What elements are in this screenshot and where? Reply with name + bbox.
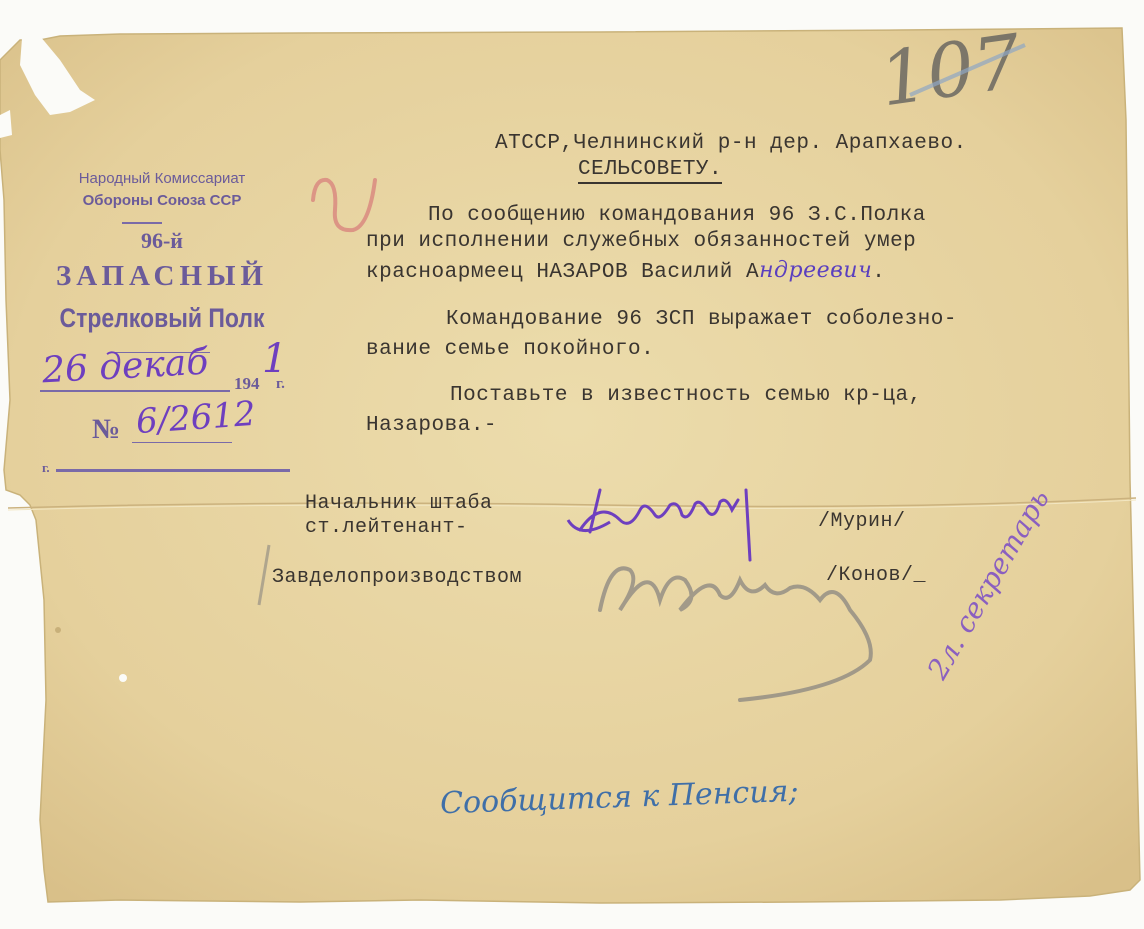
chief-title-line-1: Начальник штаба	[305, 492, 493, 515]
paragraph-3-line-1: Поставьте в известность семью кр-ца,	[450, 384, 922, 407]
paragraph-2-line-1: Командование 96 ЗСП выражает соболезно-	[446, 308, 957, 331]
date-handwritten: 26 декаб	[41, 342, 209, 392]
chief-name: /Мурин/	[818, 510, 906, 533]
clerk-title: Завделопроизводством	[272, 566, 522, 589]
paragraph-1-line-1: По сообщению командования 96 З.С.Полка	[428, 204, 926, 227]
city-label: г.	[42, 460, 50, 476]
stamp-unit-number: 96-й	[34, 228, 290, 254]
soldier-name: красноармеец НАЗАРОВ Василий А	[366, 261, 759, 284]
pencil-slash-mark	[255, 540, 275, 610]
stamp-divider	[122, 222, 162, 224]
archive-strike-mark	[900, 40, 1030, 100]
year-prefix: 194	[234, 374, 260, 394]
stamp-line-1: Народный Комиссариат	[34, 170, 290, 187]
clerk-signature	[590, 540, 890, 710]
paragraph-1-line-3: красноармеец НАЗАРОВ Василий Андреевич.	[366, 258, 885, 284]
stamp-unit-name: Стрелковый Полк	[34, 303, 290, 334]
recipient-line: СЕЛЬСОВЕТУ.	[578, 158, 722, 184]
paragraph-2-line-2: вание семье покойного.	[366, 338, 654, 361]
year-suffix: г.	[276, 376, 285, 393]
stamp-line-2: Обороны Союза ССР	[34, 192, 290, 209]
stamp-unit-type: ЗАПАСНЫЙ	[34, 260, 290, 293]
paragraph-1-line-2: при исполнении служебных обязанностей ум…	[366, 230, 916, 253]
number-label: №	[92, 414, 120, 446]
address-line: АТССР,Челнинский р-н дер. Арапхаево.	[495, 132, 967, 155]
city-line	[56, 469, 290, 472]
chief-title-line-2: ст.лейтенант-	[305, 516, 468, 539]
number-line	[132, 442, 232, 443]
number-handwritten: 6/2612	[135, 394, 257, 442]
document-sheet: 107 Народный Комиссариат Обороны Союза С…	[0, 0, 1144, 929]
date-line	[40, 390, 230, 392]
paragraph-3-line-2: Назарова.-	[366, 414, 497, 437]
period: .	[872, 261, 885, 284]
patronymic-handwritten: ндреевич	[759, 258, 872, 283]
